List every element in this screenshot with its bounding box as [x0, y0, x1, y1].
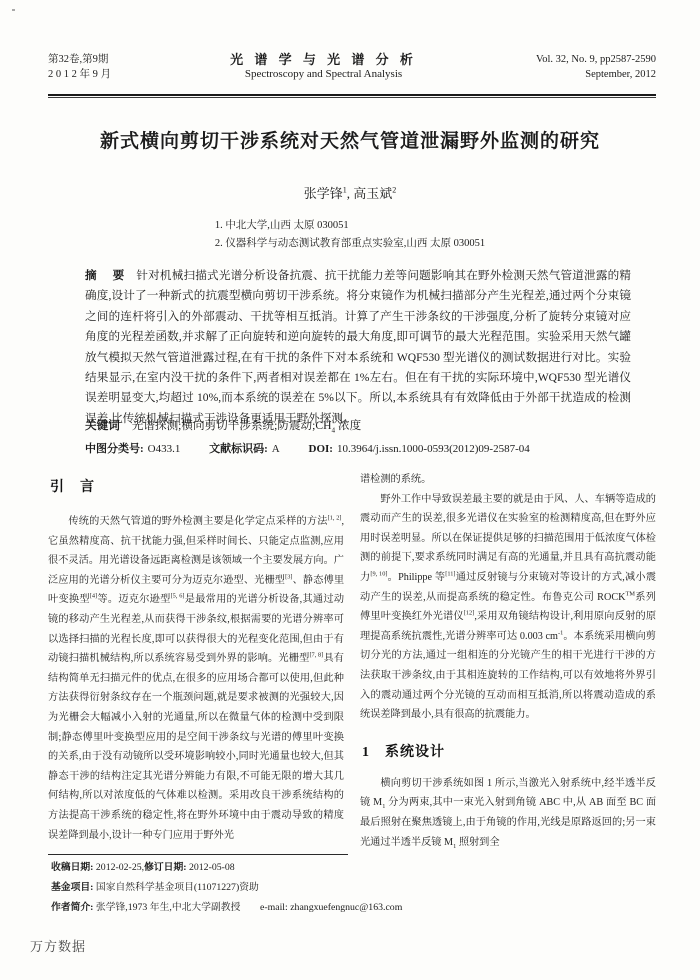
wanfang-watermark: 万方数据: [30, 936, 86, 955]
affiliation-line: 2. 仪器科学与动态测试教育部重点实验室,山西 太原 030051: [215, 235, 485, 253]
journal-date-en: September, 2012: [536, 67, 656, 82]
abstract-text: 针对机械扫描式光谱分析设备抗震、抗干扰能力差等问题影响其在野外检测天然气管道泄露…: [85, 269, 631, 425]
affiliations-inner: 1. 中北大学,山西 太原 030051 2. 仪器科学与动态测试教育部重点实验…: [215, 217, 485, 253]
header-divider: [48, 94, 656, 98]
journal-date-cn: 2 0 1 2 年 9 月: [48, 67, 111, 82]
footnote-author-line: 作者简介: 张学锋,1973 年生,中北大学副教授 e-mail: zhangx…: [48, 898, 498, 918]
doc-code-value: A: [272, 443, 280, 455]
affiliations-block: 1. 中北大学,山西 太原 030051 2. 仪器科学与动态测试教育部重点实验…: [0, 217, 700, 253]
article-title: 新式横向剪切干涉系统对天然气管道泄漏野外监测的研究: [40, 126, 660, 153]
journal-header-left: 第32卷,第9期 2 0 1 2 年 9 月: [48, 52, 111, 82]
doi-label: DOI:: [309, 443, 333, 455]
keywords-line: 关键词光谱探测;横向剪切干涉系统;防震动;CH4 浓度: [85, 417, 631, 433]
clc-value: O433.1: [148, 443, 181, 455]
journal-volume-issue-en: Vol. 32, No. 9, pp2587-2590: [536, 52, 656, 67]
footnote-received-line: 收稿日期: 2012-02-25,修订日期: 2012-05-08: [48, 858, 498, 878]
left-column: 引 言 传统的天然气管道的野外检测主要是化学定点采样的方法[1, 2],它虽然精…: [48, 470, 344, 845]
journal-header-center: 光 谱 学 与 光 谱 分 析 Spectroscopy and Spectra…: [111, 52, 536, 81]
doi-group: DOI:10.3964/j.issn.1000-0593(2012)09-258…: [309, 443, 530, 455]
scanned-paper-page: 第32卷,第9期 2 0 1 2 年 9 月 光 谱 学 与 光 谱 分 析 S…: [0, 0, 700, 980]
continuation-paragraph: 谱检测的系统。: [360, 470, 656, 490]
clc-label: 中图分类号:: [85, 443, 144, 455]
journal-header: 第32卷,第9期 2 0 1 2 年 9 月 光 谱 学 与 光 谱 分 析 S…: [48, 52, 656, 82]
footnote-divider: [48, 854, 348, 855]
intro-paragraph: 传统的天然气管道的野外检测主要是化学定点采样的方法[1, 2],它虽然精度高、抗…: [48, 512, 344, 845]
keywords-label: 关键词: [85, 419, 120, 432]
meta-line: 中图分类号:O433.1 文献标识码:A DOI:10.3964/j.issn.…: [85, 440, 645, 456]
authors-line: 张学锋1, 高玉斌2: [0, 183, 700, 202]
journal-header-right: Vol. 32, No. 9, pp2587-2590 September, 2…: [536, 52, 656, 82]
abstract-paragraph: 摘 要针对机械扫描式光谱分析设备抗震、抗干扰能力差等问题影响其在野外检测天然气管…: [85, 266, 631, 429]
journal-title-en: Spectroscopy and Spectral Analysis: [111, 67, 536, 81]
footnote-fund-line: 基金项目: 国家自然科学基金项目(11071227)资助: [48, 878, 498, 898]
doi-value: 10.3964/j.issn.1000-0593(2012)09-2587-04: [337, 443, 530, 455]
section1-heading: 1 系统设计: [362, 741, 656, 761]
section1-paragraph: 横向剪切干涉系统如图 1 所示,当激光入射系统中,经半透半反镜 M1 分为两束,…: [360, 774, 656, 852]
intro-heading: 引 言: [50, 476, 344, 496]
right-column: 谱检测的系统。 野外工作中导致误差最主要的就是由于风、人、车辆等造成的震动而产生…: [360, 470, 656, 852]
footnote-block: 收稿日期: 2012-02-25,修订日期: 2012-05-08 基金项目: …: [48, 854, 498, 918]
affiliation-line: 1. 中北大学,山西 太原 030051: [215, 217, 485, 235]
fieldwork-paragraph: 野外工作中导致误差最主要的就是由于风、人、车辆等造成的震动而产生的误差,很多光谱…: [360, 490, 656, 725]
journal-volume-issue-cn: 第32卷,第9期: [48, 52, 111, 67]
body-columns: 引 言 传统的天然气管道的野外检测主要是化学定点采样的方法[1, 2],它虽然精…: [48, 470, 656, 975]
doc-code-label: 文献标识码:: [209, 443, 268, 455]
doc-code-group: 文献标识码:A: [209, 443, 280, 455]
keywords-text: 光谱探测;横向剪切干涉系统;防震动;CH4 浓度: [132, 419, 361, 432]
clc-group: 中图分类号:O433.1: [85, 443, 180, 455]
abstract-label: 摘 要: [85, 269, 126, 282]
journal-title-cn: 光 谱 学 与 光 谱 分 析: [111, 52, 536, 67]
scan-artifact-dot: [12, 9, 15, 11]
